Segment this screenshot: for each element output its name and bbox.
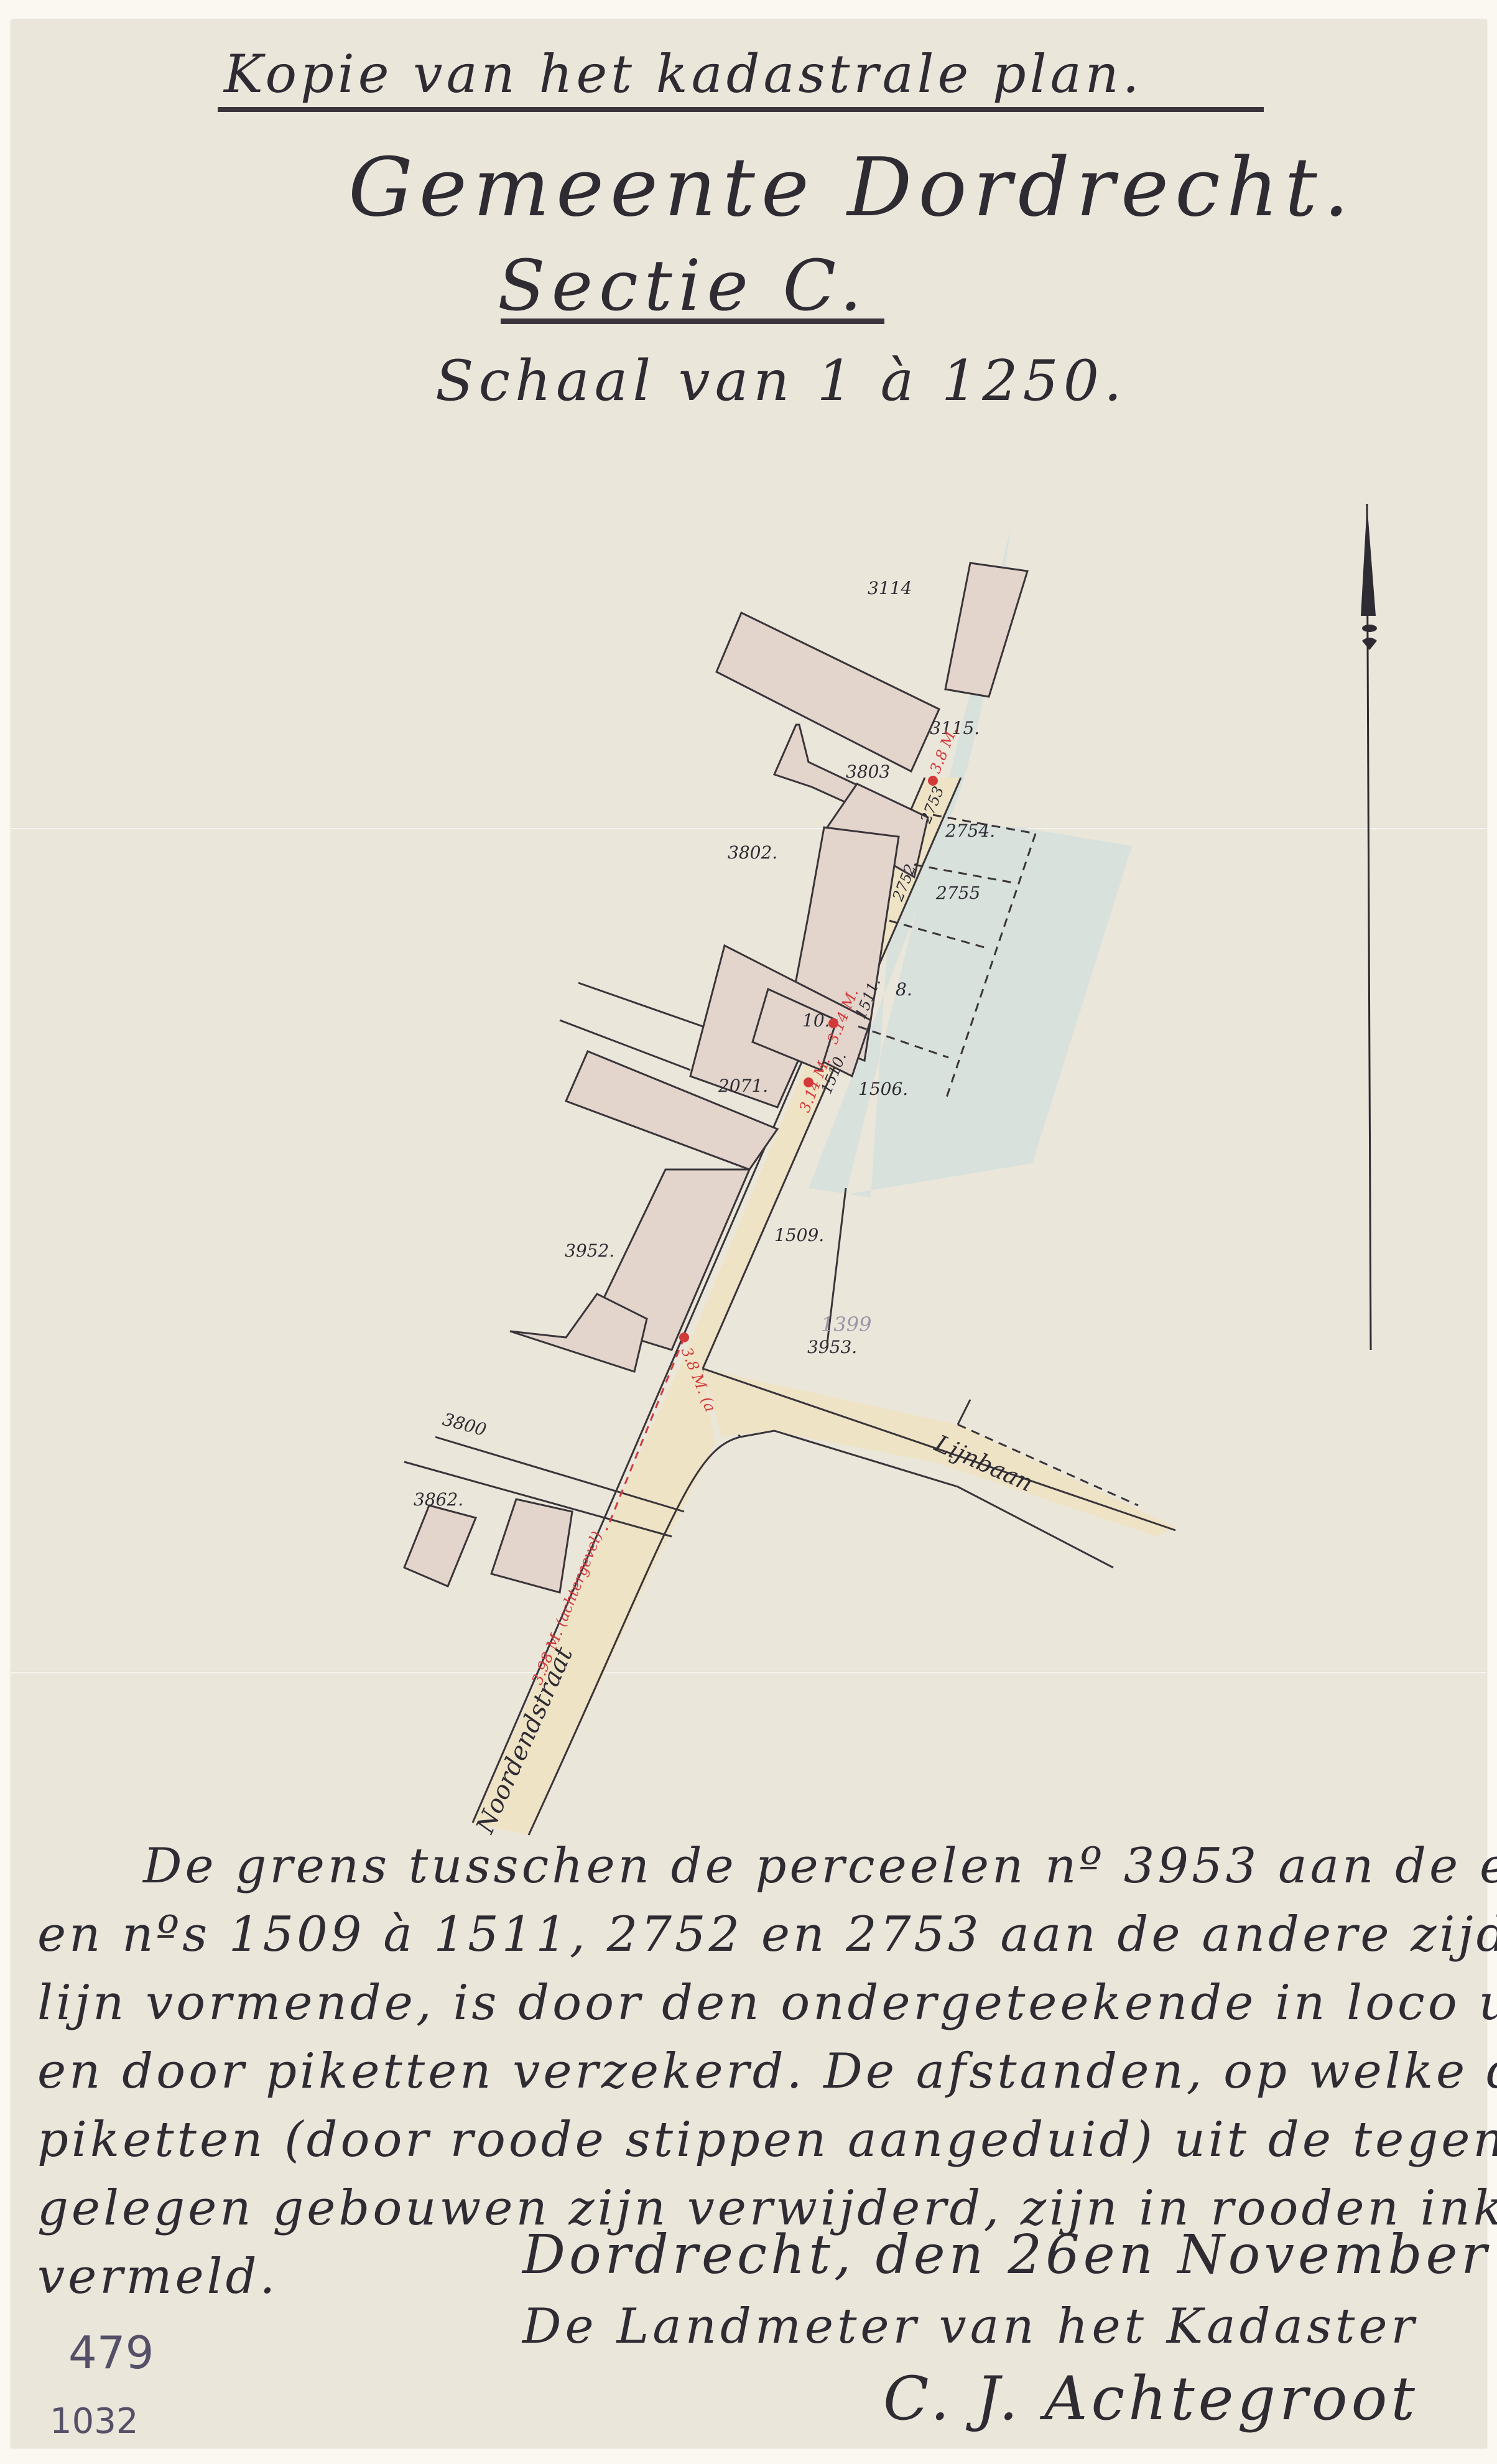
parcel-label: 2754.: [945, 821, 995, 841]
parcel-label: 1506.: [858, 1079, 908, 1099]
parcel-label: 10.: [802, 1010, 830, 1031]
north-arrow-icon: [1361, 504, 1377, 1350]
surveyor-role: De Landmeter van het Kadaster: [522, 2299, 1418, 2355]
parcel-label: 2755: [935, 883, 980, 903]
parcel-label: 8.: [896, 979, 912, 1000]
archive-number-bottom: 1032: [50, 2401, 139, 2442]
parcel-label: 3953.: [807, 1337, 857, 1357]
parcel-label: 3114: [868, 578, 912, 598]
parcel-label: 1399: [821, 1313, 871, 1336]
parcel-label: 2071.: [718, 1076, 768, 1096]
parcel-label: 3803: [846, 761, 890, 782]
body-line: en door piketten verzekerd. De afstanden…: [37, 2043, 1497, 2099]
body-line: en nºs 1509 à 1511, 2752 en 2753 aan de …: [37, 1907, 1497, 1963]
place-date: Dordrecht, den 26en November 1903.: [522, 2224, 1497, 2286]
surveyor-signature: C. J. Achtegroot: [883, 2364, 1419, 2434]
parcel-label: 3800: [440, 1409, 488, 1440]
body-line: De grens tusschen de perceelen nº 3953 a…: [143, 1838, 1497, 1894]
parcel-label: 3862.: [414, 1489, 463, 1510]
parcel-label: 3952.: [565, 1240, 614, 1261]
parcel-label: 3802.: [728, 842, 777, 863]
body-line: piketten (door roode stippen aangeduid) …: [37, 2112, 1497, 2168]
body-line: lijn vormende, is door den ondergeteeken…: [37, 1975, 1497, 2031]
body-line: vermeld.: [37, 2249, 278, 2305]
parcel-label: 1509.: [774, 1225, 824, 1245]
archive-number-top: 479: [68, 2327, 154, 2379]
